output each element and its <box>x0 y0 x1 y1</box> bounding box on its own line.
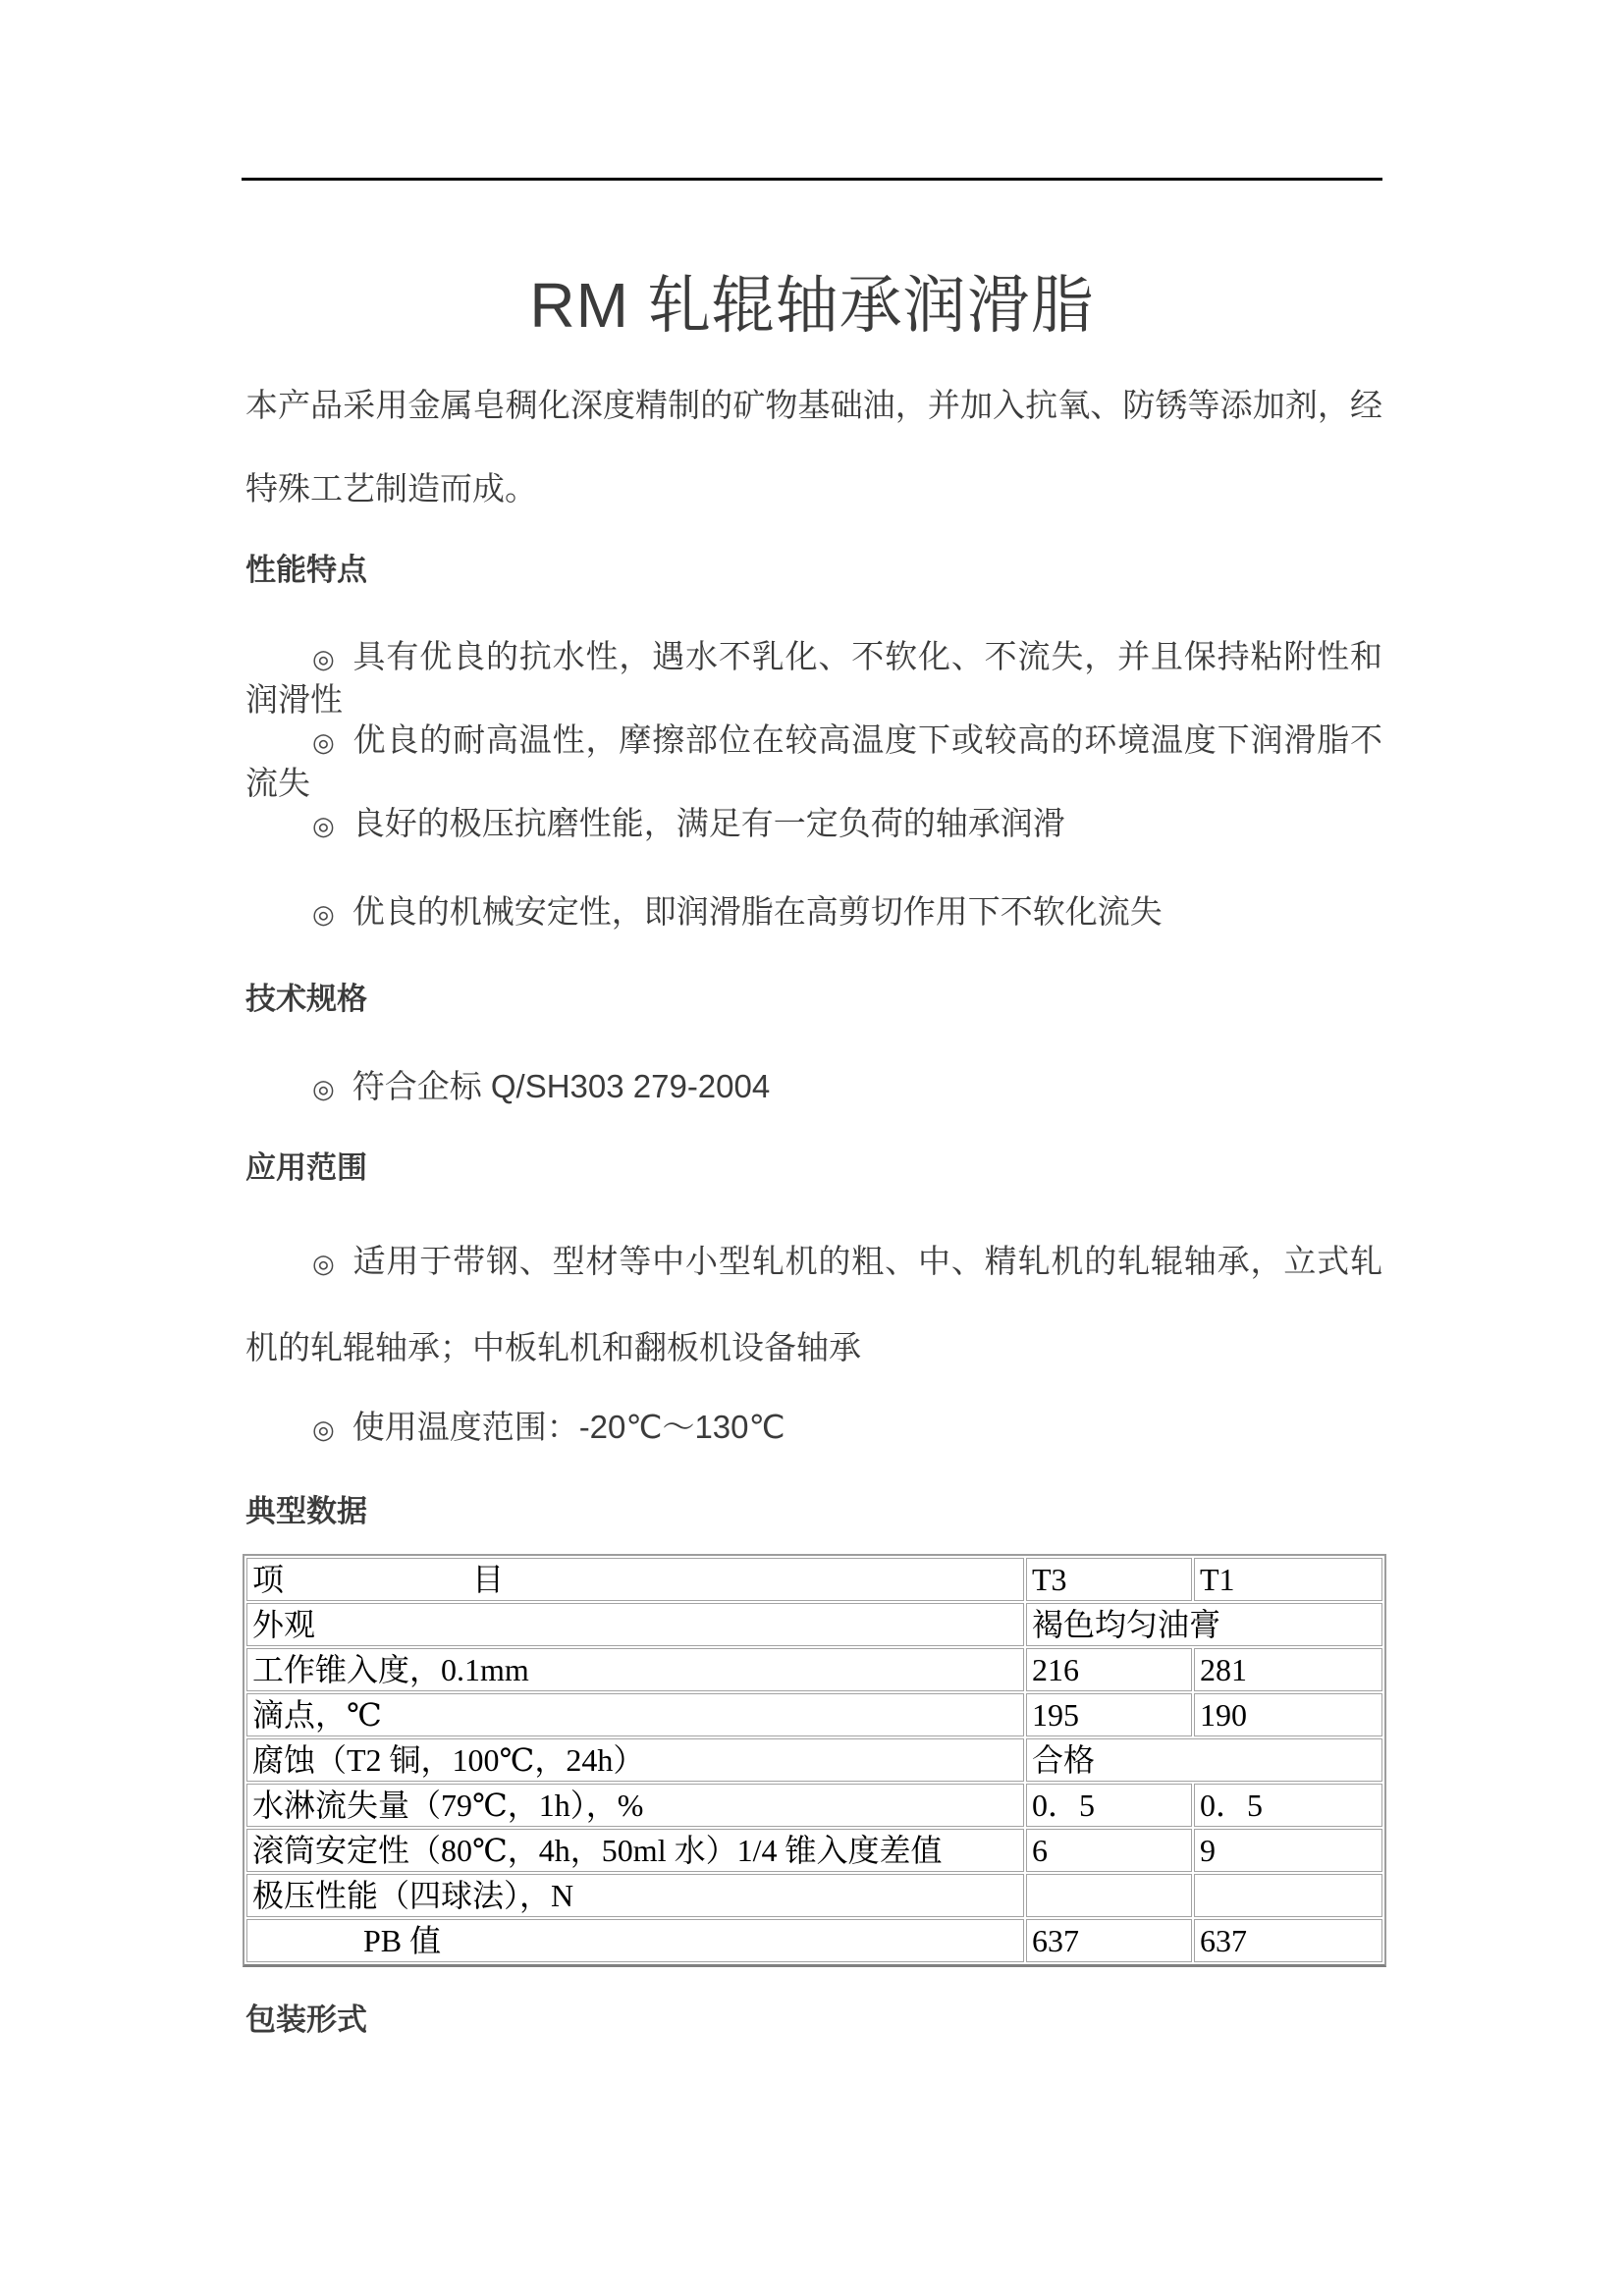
feature-bullet-1: ◎具有优良的抗水性，遇水不乳化、不软化、不流失，并且保持粘附性和润滑性 <box>245 636 1382 721</box>
table-cell-item: 滴点，℃ <box>246 1693 1024 1736</box>
table-row: 滴点，℃ 195 190 <box>246 1693 1382 1736</box>
section-heading-specs: 技术规格 <box>245 982 367 1017</box>
table-cell-t3-value: 195 <box>1026 1693 1192 1736</box>
table-row: 极压性能（四球法），N <box>246 1874 1382 1917</box>
table-cell-item: 滚筒安定性（80℃，4h，50ml 水）1/4 锥入度差值 <box>246 1829 1024 1872</box>
typical-data-table: 项 目 T3 T1 外观 褐色均匀油膏 工作锥入度，0.1mm 216 281 … <box>243 1554 1386 1967</box>
bullet-marker-icon: ◎ <box>312 727 336 757</box>
table-row: 外观 褐色均匀油膏 <box>246 1603 1382 1646</box>
bullet-marker-icon: ◎ <box>312 1415 335 1444</box>
table-header-row: 项 目 T3 T1 <box>246 1558 1382 1601</box>
table-row: PB 值 637 637 <box>246 1919 1382 1962</box>
table-cell-t3-value: 216 <box>1026 1648 1192 1691</box>
document-page: RM 轧辊轴承润滑脂 本产品采用金属皂稠化深度精制的矿物基础油，并加入抗氧、防锈… <box>0 0 1624 2296</box>
table-cell-item: 工作锥入度，0.1mm <box>246 1648 1024 1691</box>
table-cell-t3-header: T3 <box>1026 1558 1192 1601</box>
table-cell-t3-value: 637 <box>1026 1919 1192 1962</box>
table-cell-t3-value: 6 <box>1026 1829 1192 1872</box>
intro-paragraph: 本产品采用金属皂稠化深度精制的矿物基础油，并加入抗氧、防锈等添加剂，经特殊工艺制… <box>245 363 1382 530</box>
bullet-marker-icon: ◎ <box>312 1249 336 1278</box>
table-cell-merged-value: 褐色均匀油膏 <box>1026 1603 1382 1646</box>
table-cell-item-header: 项 目 <box>246 1558 1024 1601</box>
top-horizontal-rule <box>242 178 1382 181</box>
table-row: 工作锥入度，0.1mm 216 281 <box>246 1648 1382 1691</box>
feature-bullet-4: ◎优良的机械安定性，即润滑脂在高剪切作用下不软化流失 <box>245 891 1382 934</box>
feature-bullet-3: ◎良好的极压抗磨性能，满足有一定负荷的轴承润滑 <box>245 803 1382 846</box>
table-cell-merged-value: 合格 <box>1026 1738 1382 1782</box>
table-cell-t1-value: 9 <box>1194 1829 1382 1872</box>
bullet-marker-icon: ◎ <box>312 644 336 673</box>
section-heading-packaging: 包装形式 <box>245 2002 367 2038</box>
document-title: RM 轧辊轴承润滑脂 <box>0 271 1624 340</box>
table-cell-item: 水淋流失量（79℃，1h），% <box>246 1784 1024 1827</box>
table-cell-item: 外观 <box>246 1603 1024 1646</box>
section-heading-applications: 应用范围 <box>245 1150 367 1186</box>
table-cell-t1-value: 0．5 <box>1194 1784 1382 1827</box>
table-cell-item: 腐蚀（T2 铜，100℃，24h） <box>246 1738 1024 1782</box>
application-bullet-2: ◎使用温度范围：-20℃～130℃ <box>245 1407 1382 1450</box>
table-cell-t1-value: 281 <box>1194 1648 1382 1691</box>
bullet-text: 使用温度范围：-20℃～130℃ <box>352 1409 785 1445</box>
table-cell-t3-value: 0．5 <box>1026 1784 1192 1827</box>
table-cell-t3-value <box>1026 1874 1192 1917</box>
table-cell-t1-value: 637 <box>1194 1919 1382 1962</box>
bullet-text: 良好的极压抗磨性能，满足有一定负荷的轴承润滑 <box>352 805 1065 841</box>
table-cell-item: PB 值 <box>246 1919 1024 1962</box>
bullet-text: 符合企标 Q/SH303 279-2004 <box>352 1068 771 1104</box>
bullet-text: 优良的机械安定性，即润滑脂在高剪切作用下不软化流失 <box>352 893 1163 930</box>
section-heading-typical-data: 典型数据 <box>245 1494 367 1529</box>
bullet-text: 适用于带钢、型材等中小型轧机的粗、中、精轧机的轧辊轴承，立式轧机的轧辊轴承；中板… <box>245 1243 1382 1365</box>
bullet-marker-icon: ◎ <box>312 899 335 929</box>
table-row: 滚筒安定性（80℃，4h，50ml 水）1/4 锥入度差值 6 9 <box>246 1829 1382 1872</box>
bullet-marker-icon: ◎ <box>312 1074 335 1103</box>
table-row: 腐蚀（T2 铜，100℃，24h） 合格 <box>246 1738 1382 1782</box>
bullet-text: 具有优良的抗水性，遇水不乳化、不软化、不流失，并且保持粘附性和润滑性 <box>245 638 1382 718</box>
bullet-text: 优良的耐高温性，摩擦部位在较高温度下或较高的环境温度下润滑脂不流失 <box>245 721 1382 801</box>
table-row: 水淋流失量（79℃，1h），% 0．5 0．5 <box>246 1784 1382 1827</box>
table-cell-t1-header: T1 <box>1194 1558 1382 1601</box>
bullet-marker-icon: ◎ <box>312 811 335 840</box>
spec-bullet-1: ◎符合企标 Q/SH303 279-2004 <box>245 1066 1382 1109</box>
table-cell-item: 极压性能（四球法），N <box>246 1874 1024 1917</box>
feature-bullet-2: ◎优良的耐高温性，摩擦部位在较高温度下或较高的环境温度下润滑脂不流失 <box>245 720 1382 804</box>
section-heading-features: 性能特点 <box>245 553 367 588</box>
table-cell-t1-value: 190 <box>1194 1693 1382 1736</box>
application-bullet-1: ◎适用于带钢、型材等中小型轧机的粗、中、精轧机的轧辊轴承，立式轧机的轧辊轴承；中… <box>245 1219 1382 1389</box>
table-cell-t1-value <box>1194 1874 1382 1917</box>
